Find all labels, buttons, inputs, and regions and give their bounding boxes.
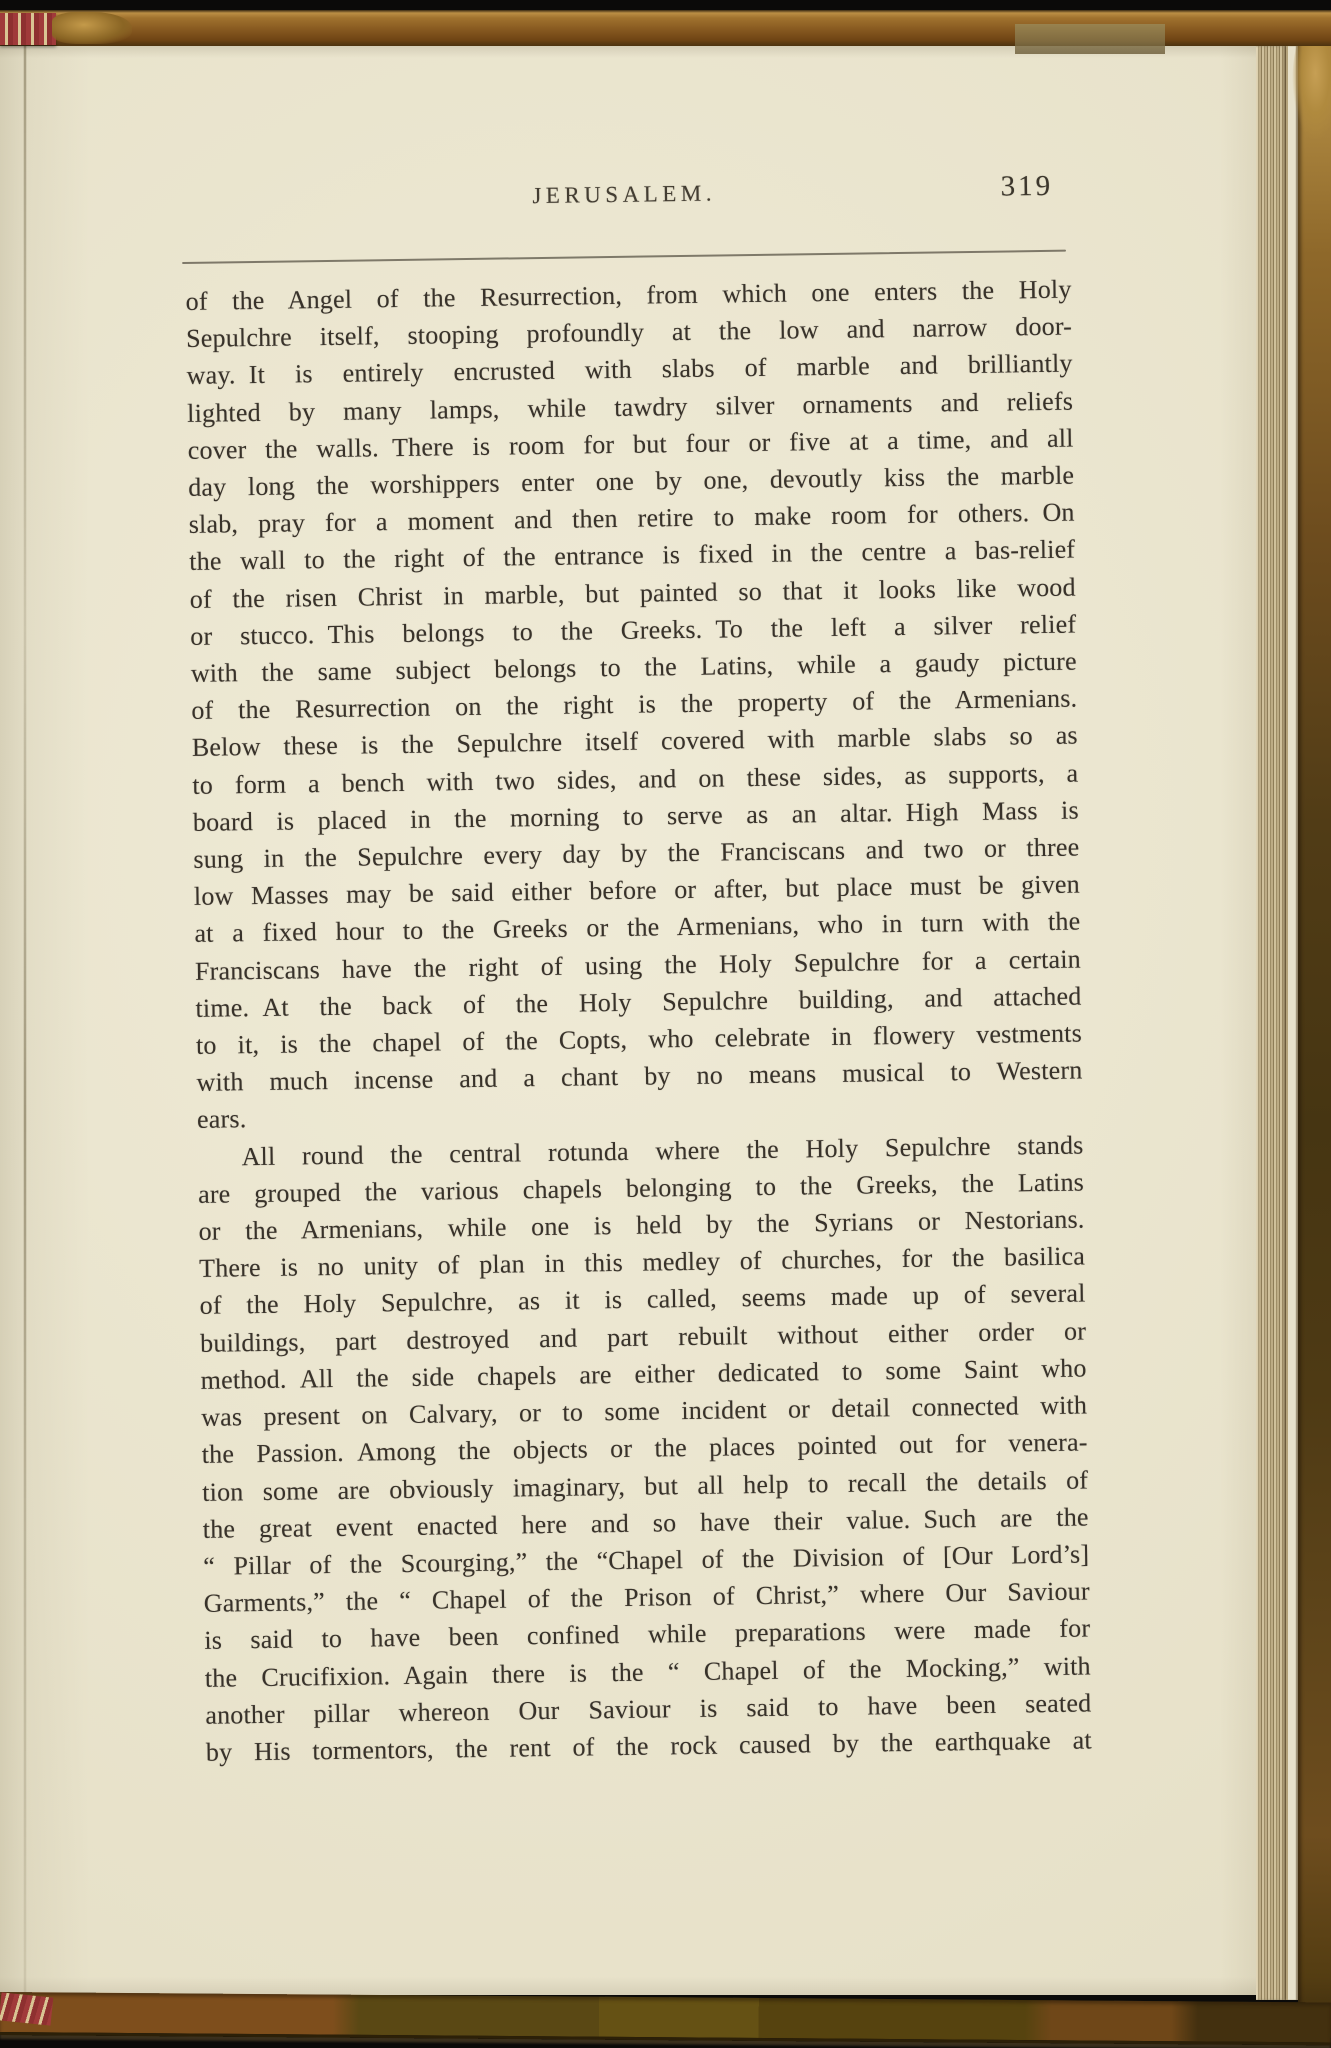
endband-bottom <box>0 1992 53 2025</box>
endband-top <box>0 13 56 45</box>
scanned-book-photo: JERUSALEM. 319 of the Angel of the Resur… <box>0 0 1331 2048</box>
page-content: JERUSALEM. 319 of the Angel of the Resur… <box>181 173 1093 1835</box>
page-number: 319 <box>1000 170 1053 204</box>
gold-leaf-tear-patch <box>1292 28 1331 178</box>
book-cover-bottom-edge <box>0 1992 1331 2045</box>
header-rule <box>182 250 1066 264</box>
leather-wear-patch <box>1015 24 1165 54</box>
body-text: of the Angel of the Resurrection, from w… <box>185 271 1092 1771</box>
page-header: JERUSALEM. 319 <box>181 176 1067 222</box>
fore-edge-page-stack <box>1256 46 1286 2000</box>
outer-leaf-edge <box>1286 46 1298 2000</box>
book-cover-right-edge <box>1298 12 1331 2038</box>
book-cover-top-edge <box>0 10 1331 46</box>
gutter-crease <box>24 44 26 1995</box>
endband-gold-patch <box>52 12 132 44</box>
